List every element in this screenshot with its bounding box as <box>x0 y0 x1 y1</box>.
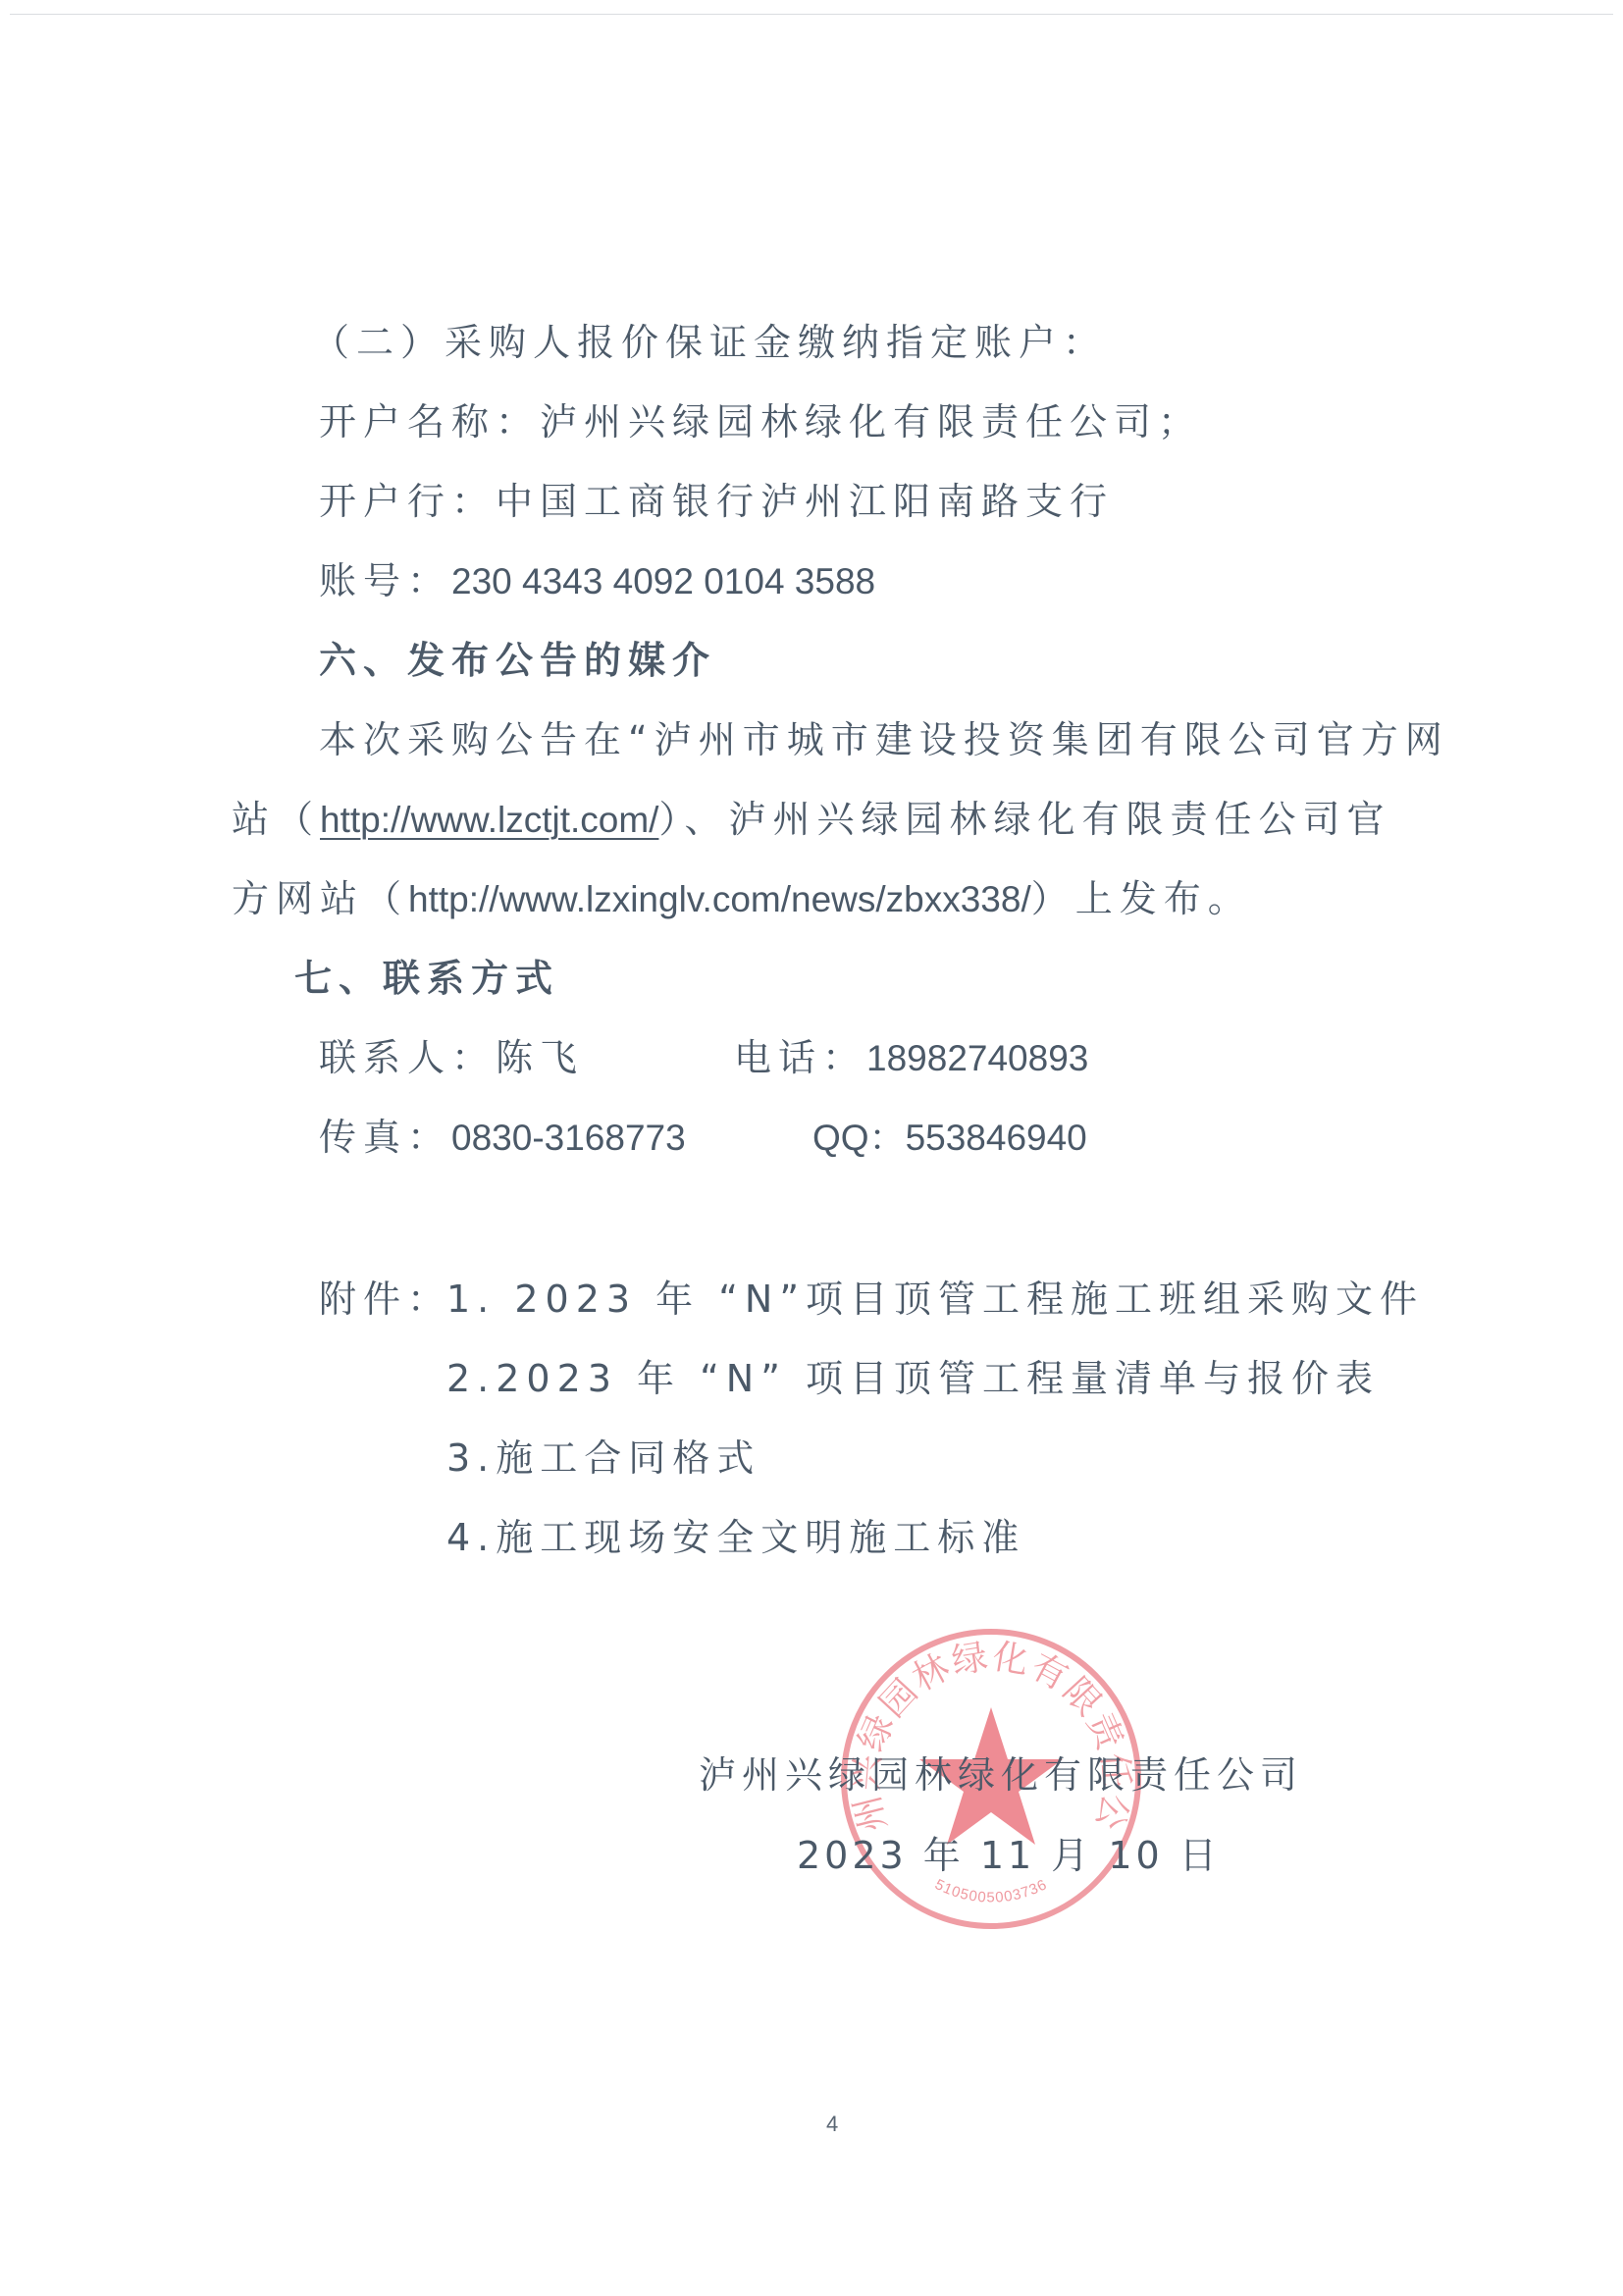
section-heading-contact: 七、联系方式 <box>294 960 559 997</box>
media-paragraph-line-3: 方网站（http://www.lzxinglv.com/news/zbxx338… <box>232 880 1252 917</box>
seal-code-text: 5105005003736 <box>932 1876 1050 1906</box>
text-fragment: ）上发布。 <box>1031 877 1252 920</box>
attachment-item-1: 1. 2023 年 “N”项目顶管工程施工班组采购文件 <box>446 1280 1424 1318</box>
account-number-row: 账号：230 4343 4092 0104 3588 <box>319 562 875 600</box>
contact-person-row: 联系人：陈飞 <box>319 1039 584 1076</box>
section-title-deposit-account: （二）采购人报价保证金缴纳指定账户： <box>312 324 1107 361</box>
attachment-item-2: 2.2023 年 “N” 项目顶管工程量清单与报价表 <box>446 1360 1380 1397</box>
qq-value: 553846940 <box>906 1118 1087 1158</box>
account-name-row: 开户名称：泸州兴绿园林绿化有限责任公司； <box>319 403 1202 441</box>
fax-label: 传真： <box>319 1116 451 1159</box>
section-heading-media: 六、发布公告的媒介 <box>319 642 716 679</box>
account-number-label: 账号： <box>319 559 451 602</box>
phone-label: 电话： <box>734 1036 866 1079</box>
media-paragraph-line-1: 本次采购公告在“泸州市城市建设投资集团有限公司官方网 <box>319 721 1449 758</box>
media-paragraph-line-2: 站（http://www.lzctjt.com/）、泸州兴绿园林绿化有限责任公司… <box>232 801 1390 838</box>
fax-value: 0830-3168773 <box>451 1118 686 1158</box>
bank-value: 中国工商银行泸州江阳南路支行 <box>496 480 1114 523</box>
fax-row: 传真：0830-3168773 <box>319 1119 686 1156</box>
bank-label: 开户行： <box>319 480 496 523</box>
lzxinglv-website-url: http://www.lzxinglv.com/news/zbxx338/ <box>408 879 1031 919</box>
lzctjt-website-link[interactable]: http://www.lzctjt.com/ <box>320 800 658 840</box>
account-name-label: 开户名称： <box>319 400 540 444</box>
page-number: 4 <box>826 2112 838 2137</box>
attachment-item-3: 3.施工合同格式 <box>446 1439 760 1477</box>
attachment-item-4: 4.施工现场安全文明施工标准 <box>446 1519 1025 1556</box>
svg-text:5105005003736: 5105005003736 <box>932 1876 1050 1906</box>
phone-row: 电话：18982740893 <box>734 1039 1088 1076</box>
signature-date: 2023 年 11 月 10 日 <box>797 1837 1221 1874</box>
qq-label: QQ： <box>812 1118 906 1158</box>
qq-row: QQ：553846940 <box>812 1119 1087 1156</box>
attachments-label: 附件： <box>319 1280 451 1318</box>
contact-name: 陈飞 <box>496 1036 584 1079</box>
signature-company: 泸州兴绿园林绿化有限责任公司 <box>699 1756 1303 1794</box>
text-fragment: ）、泸州兴绿园林绿化有限责任公司官 <box>658 798 1390 841</box>
scan-top-edge <box>10 14 1613 15</box>
bank-row: 开户行：中国工商银行泸州江阳南路支行 <box>319 483 1114 520</box>
account-number-value: 230 4343 4092 0104 3588 <box>451 561 875 601</box>
text-fragment: 站（ <box>232 798 320 841</box>
contact-label: 联系人： <box>319 1036 496 1079</box>
phone-value: 18982740893 <box>866 1038 1088 1078</box>
text-fragment: 方网站（ <box>232 877 408 920</box>
account-name-value: 泸州兴绿园林绿化有限责任公司； <box>540 400 1202 444</box>
